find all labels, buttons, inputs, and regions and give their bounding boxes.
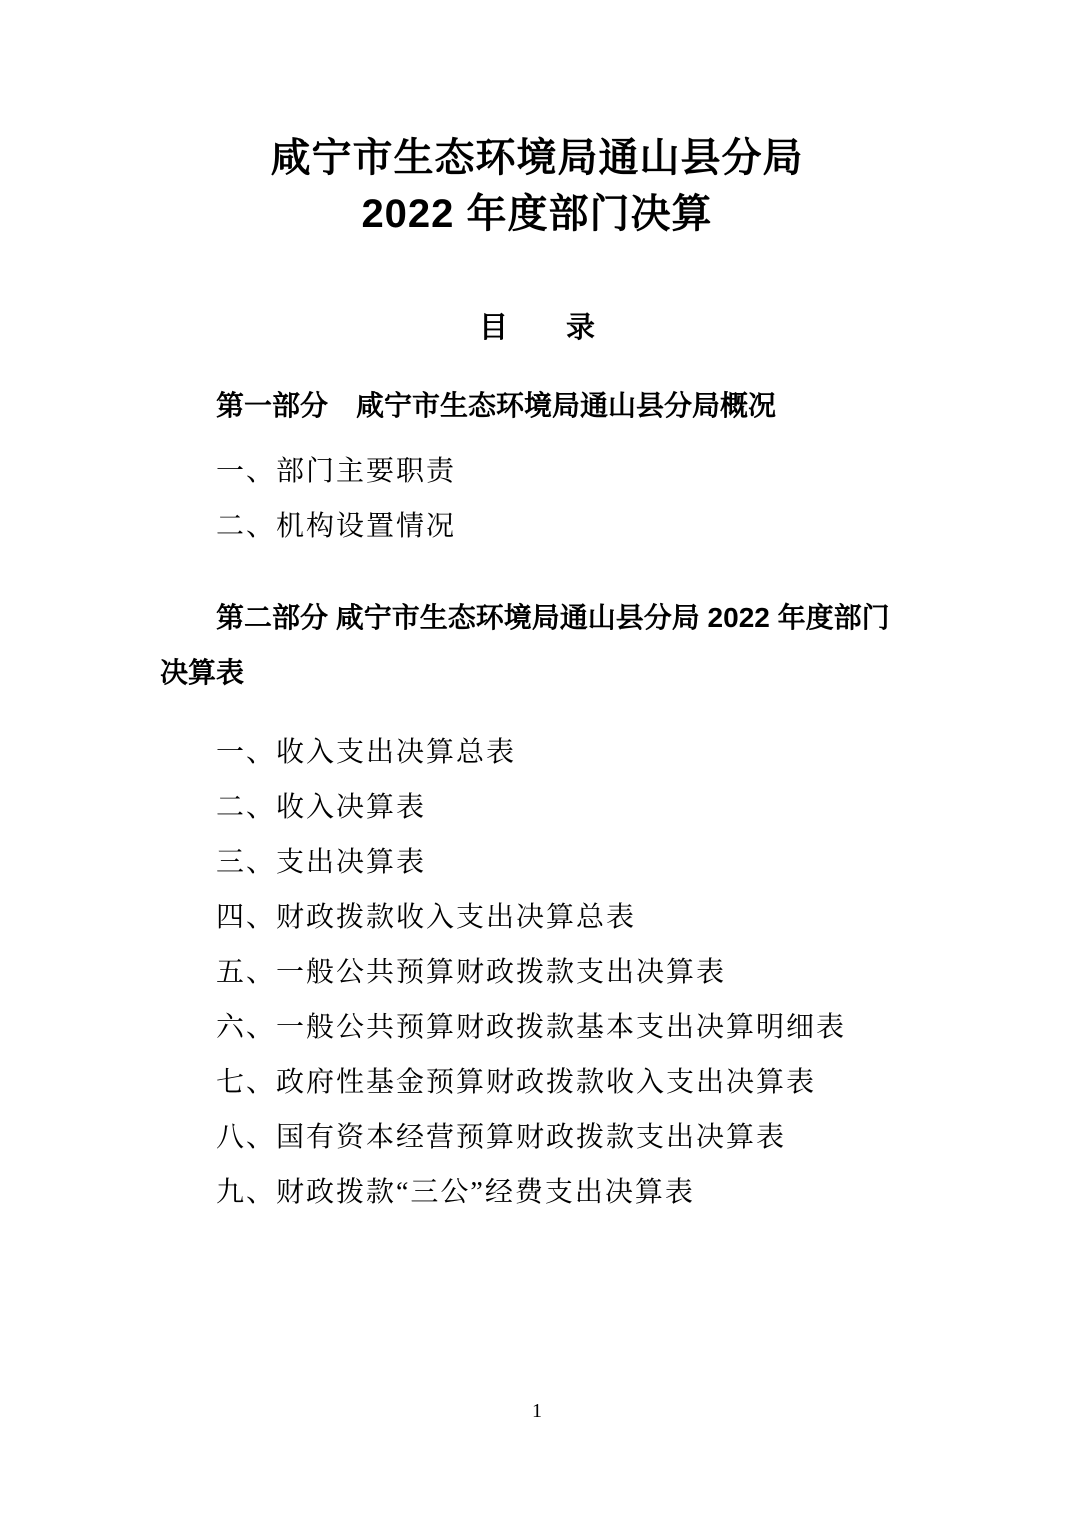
document-title-line2: 2022 年度部门决算 [160,186,914,242]
toc-item-part2-6: 六、一般公共预算财政拨款基本支出决算明细表 [160,1000,914,1055]
document-page: 咸宁市生态环境局通山县分局 2022 年度部门决算 目 录 第一部分 咸宁市生态… [0,0,1074,1520]
toc-item-part2-3: 三、支出决算表 [160,835,914,890]
toc-item-part1-1: 一、部门主要职责 [160,444,914,499]
document-title: 咸宁市生态环境局通山县分局 2022 年度部门决算 [160,130,914,242]
toc-item-part1-2: 二、机构设置情况 [160,499,914,554]
page-number: 1 [0,1400,1074,1423]
toc-item-part2-4: 四、财政拨款收入支出决算总表 [160,890,914,945]
document-title-line1: 咸宁市生态环境局通山县分局 [160,130,914,186]
toc-item-part2-2: 二、收入决算表 [160,780,914,835]
toc-item-part2-9: 九、财政拨款“三公”经费支出决算表 [160,1165,914,1220]
toc-item-part2-8: 八、国有资本经营预算财政拨款支出决算表 [160,1110,914,1165]
toc-heading: 目 录 [160,308,914,348]
part1-heading: 第一部分 咸宁市生态环境局通山县分局概况 [160,386,914,426]
toc-item-part2-7: 七、政府性基金预算财政拨款收入支出决算表 [160,1055,914,1110]
part1-item-list: 一、部门主要职责 二、机构设置情况 [160,444,914,554]
toc-item-part2-5: 五、一般公共预算财政拨款支出决算表 [160,945,914,1000]
part2-item-list: 一、收入支出决算总表 二、收入决算表 三、支出决算表 四、财政拨款收入支出决算总… [160,725,914,1220]
part2-heading: 第二部分 咸宁市生态环境局通山县分局 2022 年度部门决算表 [160,590,914,700]
toc-item-part2-1: 一、收入支出决算总表 [160,725,914,780]
